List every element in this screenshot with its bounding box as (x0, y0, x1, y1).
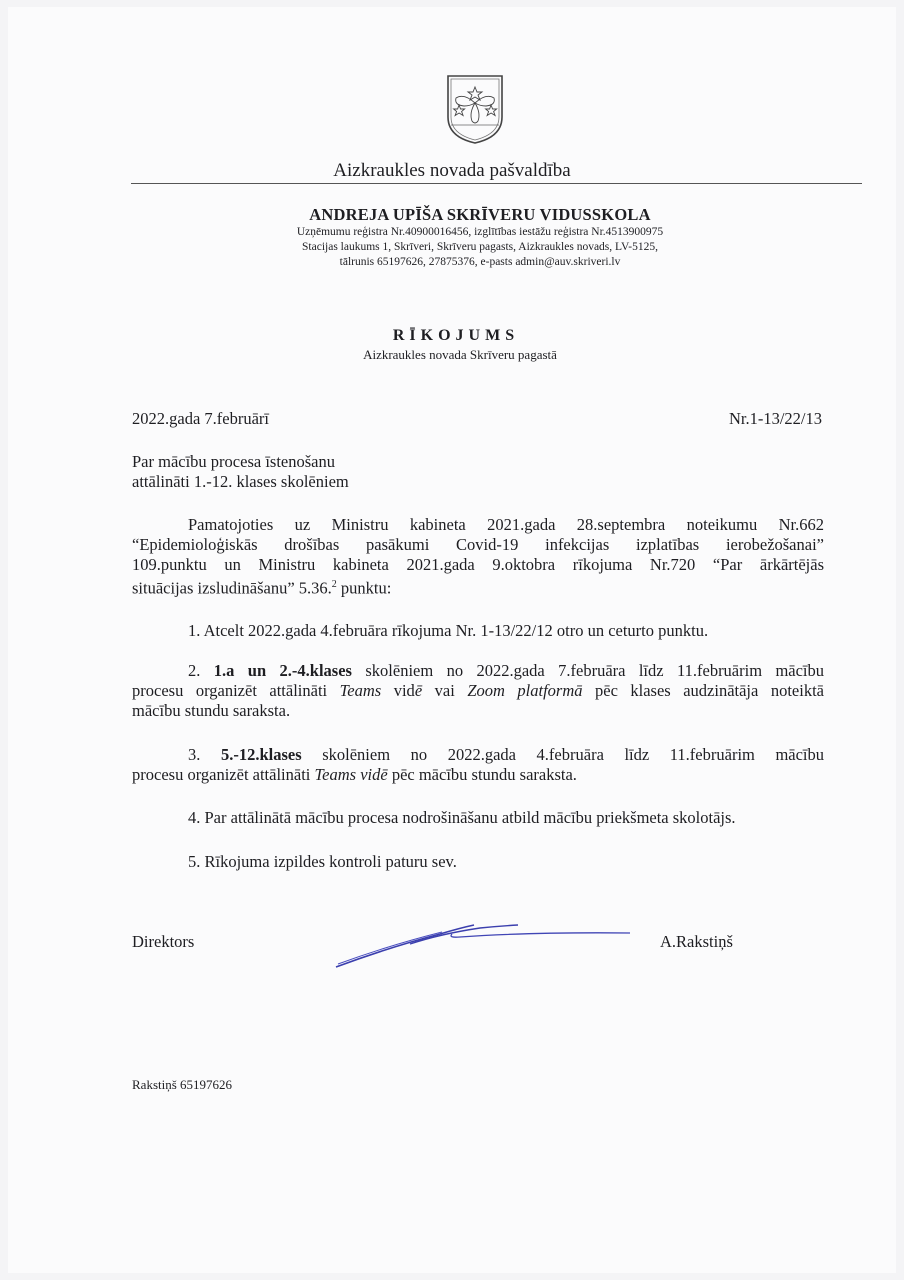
footer-contact: Rakstiņš 65197626 (132, 1077, 232, 1093)
item-italic: Teams (340, 681, 382, 700)
preamble-paragraph: Pamatojoties uz Ministru kabineta 2021.g… (132, 515, 824, 595)
item-text: vid (381, 681, 415, 700)
item-bold: 5.-12.klases (221, 745, 302, 764)
item-line: 2. 1.a un 2.-4.klases skolēniem no 2022.… (132, 661, 824, 681)
item-bold: 1.a un 2.-4.klases (214, 661, 352, 680)
school-name: ANDREJA UPĪŠA SKRĪVERU VIDUSSKOLA (0, 205, 904, 225)
item-line: mācību stundu saraksta. (132, 701, 824, 721)
school-registry: Uzņēmumu reģistra Nr.40900016456, izglīt… (0, 226, 904, 238)
item-number: 3. (188, 745, 221, 764)
item-text: procesu organizēt attālināti (132, 681, 340, 700)
coat-of-arms-icon (444, 73, 506, 145)
subject-line-2: attālināti 1.-12. klases skolēniem (132, 472, 349, 492)
item-line: procesu organizēt attālināti Teams vidē … (132, 681, 824, 701)
order-item-3: 3. 5.-12.klases skolēniem no 2022.gada 4… (132, 745, 824, 785)
order-item-2: 2. 1.a un 2.-4.klases skolēniem no 2022.… (132, 661, 824, 721)
document-date: 2022.gada 7.februārī (132, 409, 269, 429)
preamble-line: “Epidemioloģiskās drošības pasākumi Covi… (132, 535, 824, 555)
header-divider (131, 183, 862, 184)
preamble-text: situācijas izsludināšanu” 5.36. (132, 579, 332, 598)
school-address: Stacijas laukums 1, Skrīveri, Skrīveru p… (0, 241, 904, 253)
item-text: vai (422, 681, 467, 700)
item-italic: Zoom platformā (467, 681, 582, 700)
item-number: 2. (188, 661, 214, 680)
item-text: skolēniem no 2022.gada 4.februāra līdz 1… (302, 745, 824, 764)
preamble-tail: punktu: (337, 579, 392, 598)
handwritten-signature-icon (330, 912, 650, 972)
signatory-name: A.Rakstiņš (660, 932, 733, 952)
order-item-5: 5. Rīkojuma izpildes kontroli paturu sev… (188, 852, 457, 872)
order-item-4: 4. Par attālinātā mācību procesa nodroši… (188, 808, 736, 828)
item-text: skolēniem no 2022.gada 7.februāra līdz 1… (352, 661, 824, 680)
preamble-line: situācijas izsludināšanu” 5.36.2 punktu: (132, 575, 824, 595)
preamble-line: Pamatojoties uz Ministru kabineta 2021.g… (132, 515, 824, 535)
item-text: procesu organizēt attālināti (132, 765, 315, 784)
signatory-role: Direktors (132, 932, 194, 952)
school-contacts: tālrunis 65197626, 27875376, e-pasts adm… (0, 256, 904, 268)
document-number: Nr.1-13/22/13 (729, 409, 822, 429)
document-title: RĪKOJUMS (0, 327, 904, 345)
preamble-line: 109.punktu un Ministru kabineta 2021.gad… (132, 555, 824, 575)
subject-line-1: Par mācību procesa īstenošanu (132, 452, 335, 472)
order-item-1: 1. Atcelt 2022.gada 4.februāra rīkojuma … (188, 621, 708, 641)
document-place: Aizkraukles novada Skrīveru pagastā (0, 347, 904, 363)
item-text: pēc klases audzinātāja noteiktā (583, 681, 825, 700)
item-line: procesu organizēt attālināti Teams vidē … (132, 765, 824, 785)
item-line: 3. 5.-12.klases skolēniem no 2022.gada 4… (132, 745, 824, 765)
municipality-name: Aizkraukles novada pašvaldība (0, 160, 904, 182)
item-text: pēc mācību stundu saraksta. (388, 765, 577, 784)
item-italic: Teams vidē (315, 765, 388, 784)
